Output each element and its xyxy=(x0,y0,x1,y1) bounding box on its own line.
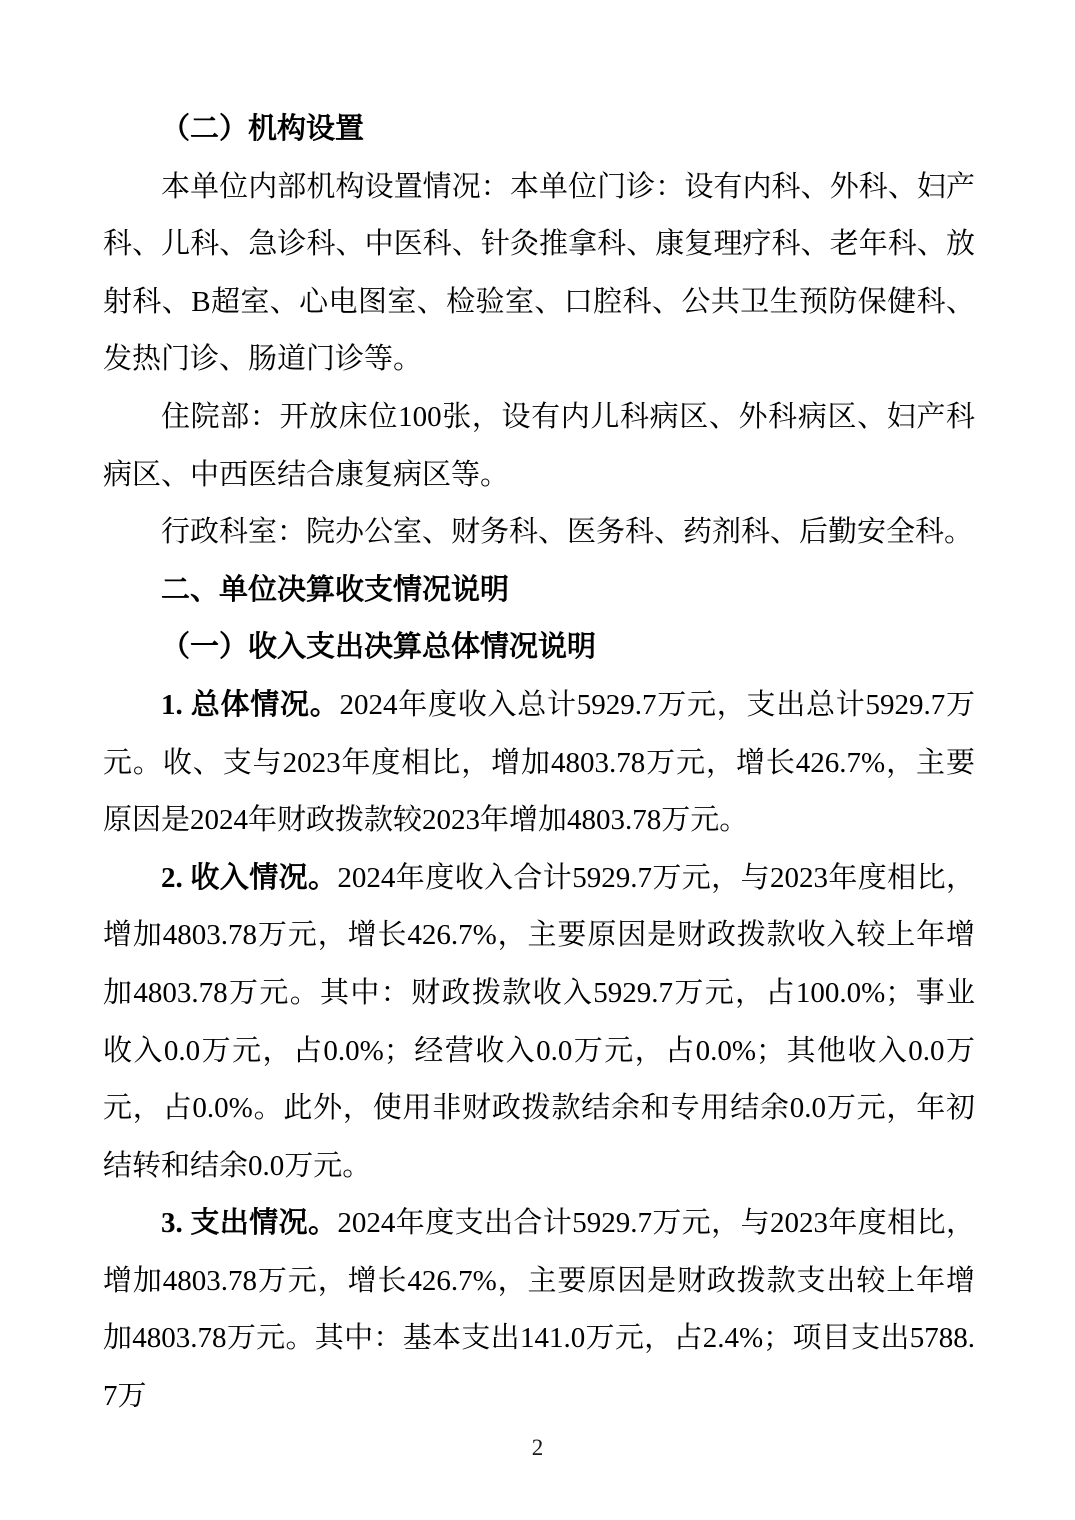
paragraph-admin: 行政科室：院办公室、财务科、医务科、药剂科、后勤安全科。 xyxy=(103,504,975,562)
heading-budget-section: 二、单位决算收支情况说明 xyxy=(103,562,975,620)
heading-org-setup: （二）机构设置 xyxy=(103,101,975,159)
paragraph-org-detail: 本单位内部机构设置情况：本单位门诊：设有内科、外科、妇产科、儿科、急诊科、中医科… xyxy=(103,159,975,389)
item-overall-situation: 1. 总体情况。2024年度收入总计5929.7万元，支出总计5929.7万元。… xyxy=(103,677,975,850)
paragraph-inpatient: 住院部：开放床位100张，设有内儿科病区、外科病区、妇产科病区、中西医结合康复病… xyxy=(103,389,975,504)
page-number: 2 xyxy=(0,1432,1075,1464)
item-overall-lead: 1. 总体情况。 xyxy=(161,689,340,721)
item-expense-lead: 3. 支出情况。 xyxy=(161,1207,337,1239)
item-expense-situation: 3. 支出情况。2024年度支出合计5929.7万元，与2023年度相比，增加4… xyxy=(103,1195,975,1425)
heading-income-expense-overview: （一）收入支出决算总体情况说明 xyxy=(103,619,975,677)
item-income-body: 2024年度收入合计5929.7万元，与2023年度相比，增加4803.78万元… xyxy=(103,862,975,1182)
item-income-situation: 2. 收入情况。2024年度收入合计5929.7万元，与2023年度相比，增加4… xyxy=(103,850,975,1196)
document-page: （二）机构设置 本单位内部机构设置情况：本单位门诊：设有内科、外科、妇产科、儿科… xyxy=(0,0,1075,1520)
document-content: （二）机构设置 本单位内部机构设置情况：本单位门诊：设有内科、外科、妇产科、儿科… xyxy=(103,101,975,1426)
item-income-lead: 2. 收入情况。 xyxy=(161,862,337,894)
